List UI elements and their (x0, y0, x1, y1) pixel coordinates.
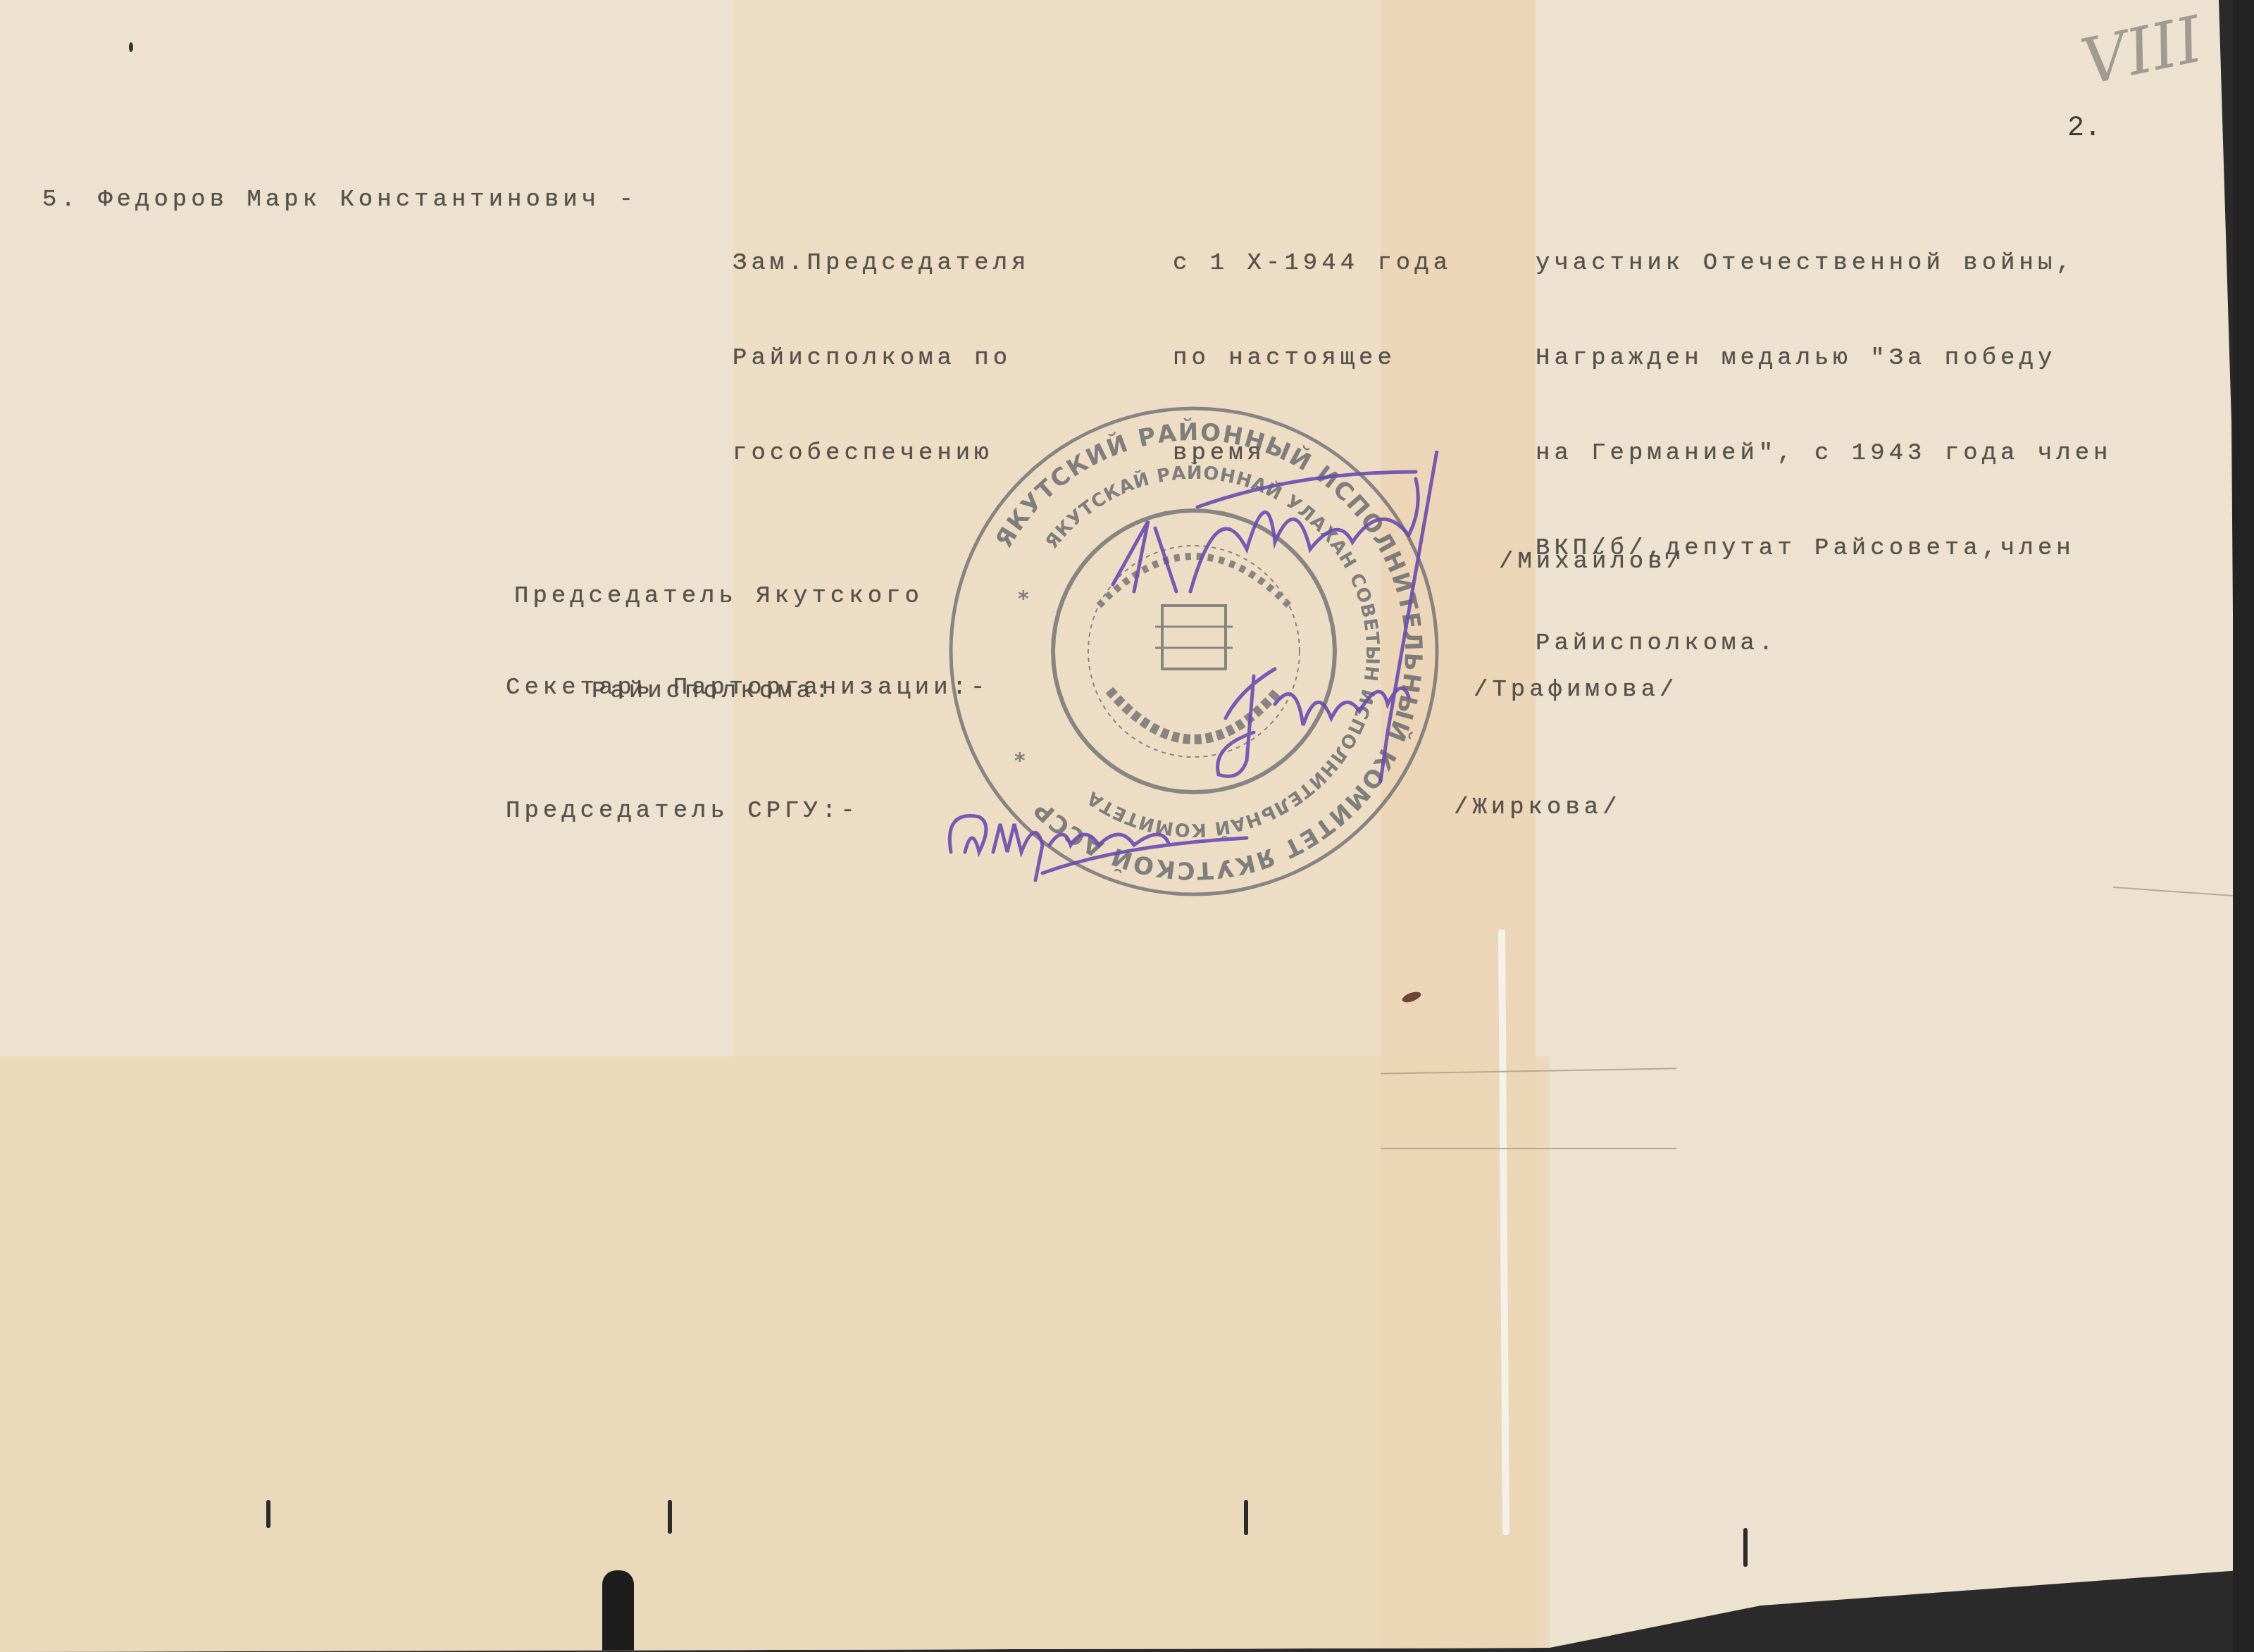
signature-name-chairman: /Михайлов/ (1499, 546, 1685, 578)
notes-line: участник Отечественной войны, (1536, 248, 2112, 280)
handwritten-signature-srgu (937, 796, 1261, 887)
notes-line: Награжден медалью "За победу (1536, 343, 2112, 375)
signature-title-srgu: Председатель СРГУ:- (506, 796, 859, 827)
fold-line (2113, 887, 2233, 896)
period-line: с 1 X-1944 года (1173, 248, 1452, 280)
svg-text:*: * (1014, 749, 1026, 773)
notes-line: Райисполкома. (1536, 628, 2112, 660)
paper-tear (602, 1570, 634, 1652)
entry-name: Федоров Марк Константинович (98, 187, 600, 213)
entry-dash: - (619, 187, 637, 213)
page-number: 2. (2067, 113, 2101, 144)
fold-line (1381, 1148, 1676, 1149)
binding-hole (1743, 1528, 1748, 1567)
ink-spot (129, 42, 133, 52)
signature-title-chairman: Председатель Якутского Райисполкома: (514, 518, 923, 771)
entry-notes: участник Отечественной войны, Награжден … (1536, 184, 2112, 723)
paper-stain (0, 1056, 1550, 1652)
svg-text:*: * (1018, 587, 1029, 611)
scanner-background (2233, 0, 2254, 1652)
entry-number: 5. (42, 187, 80, 213)
signature-title-line: Председатель Якутского (514, 581, 923, 613)
period-line: по настоящее (1173, 343, 1452, 375)
binding-hole (266, 1500, 270, 1528)
binding-hole (668, 1500, 672, 1534)
handwritten-signature-secretary (1212, 634, 1451, 803)
signature-title-secretary: Секетарь Парторганизации:- (506, 672, 990, 704)
notes-line: на Германией", с 1943 года член (1536, 438, 2112, 470)
document-page: VIII 2. 5. Федоров Марк Константинович -… (0, 0, 2233, 1652)
signature-name-secretary: /Трафимова/ (1474, 675, 1678, 706)
position-line: Райисполкома по (733, 343, 1030, 375)
binding-hole (1244, 1500, 1248, 1535)
position-line: Зам.Председателя (733, 248, 1030, 280)
pencil-annotation: VIII (2075, 2, 2209, 99)
entry-number-and-name: 5. Федоров Марк Константинович - (42, 184, 637, 216)
